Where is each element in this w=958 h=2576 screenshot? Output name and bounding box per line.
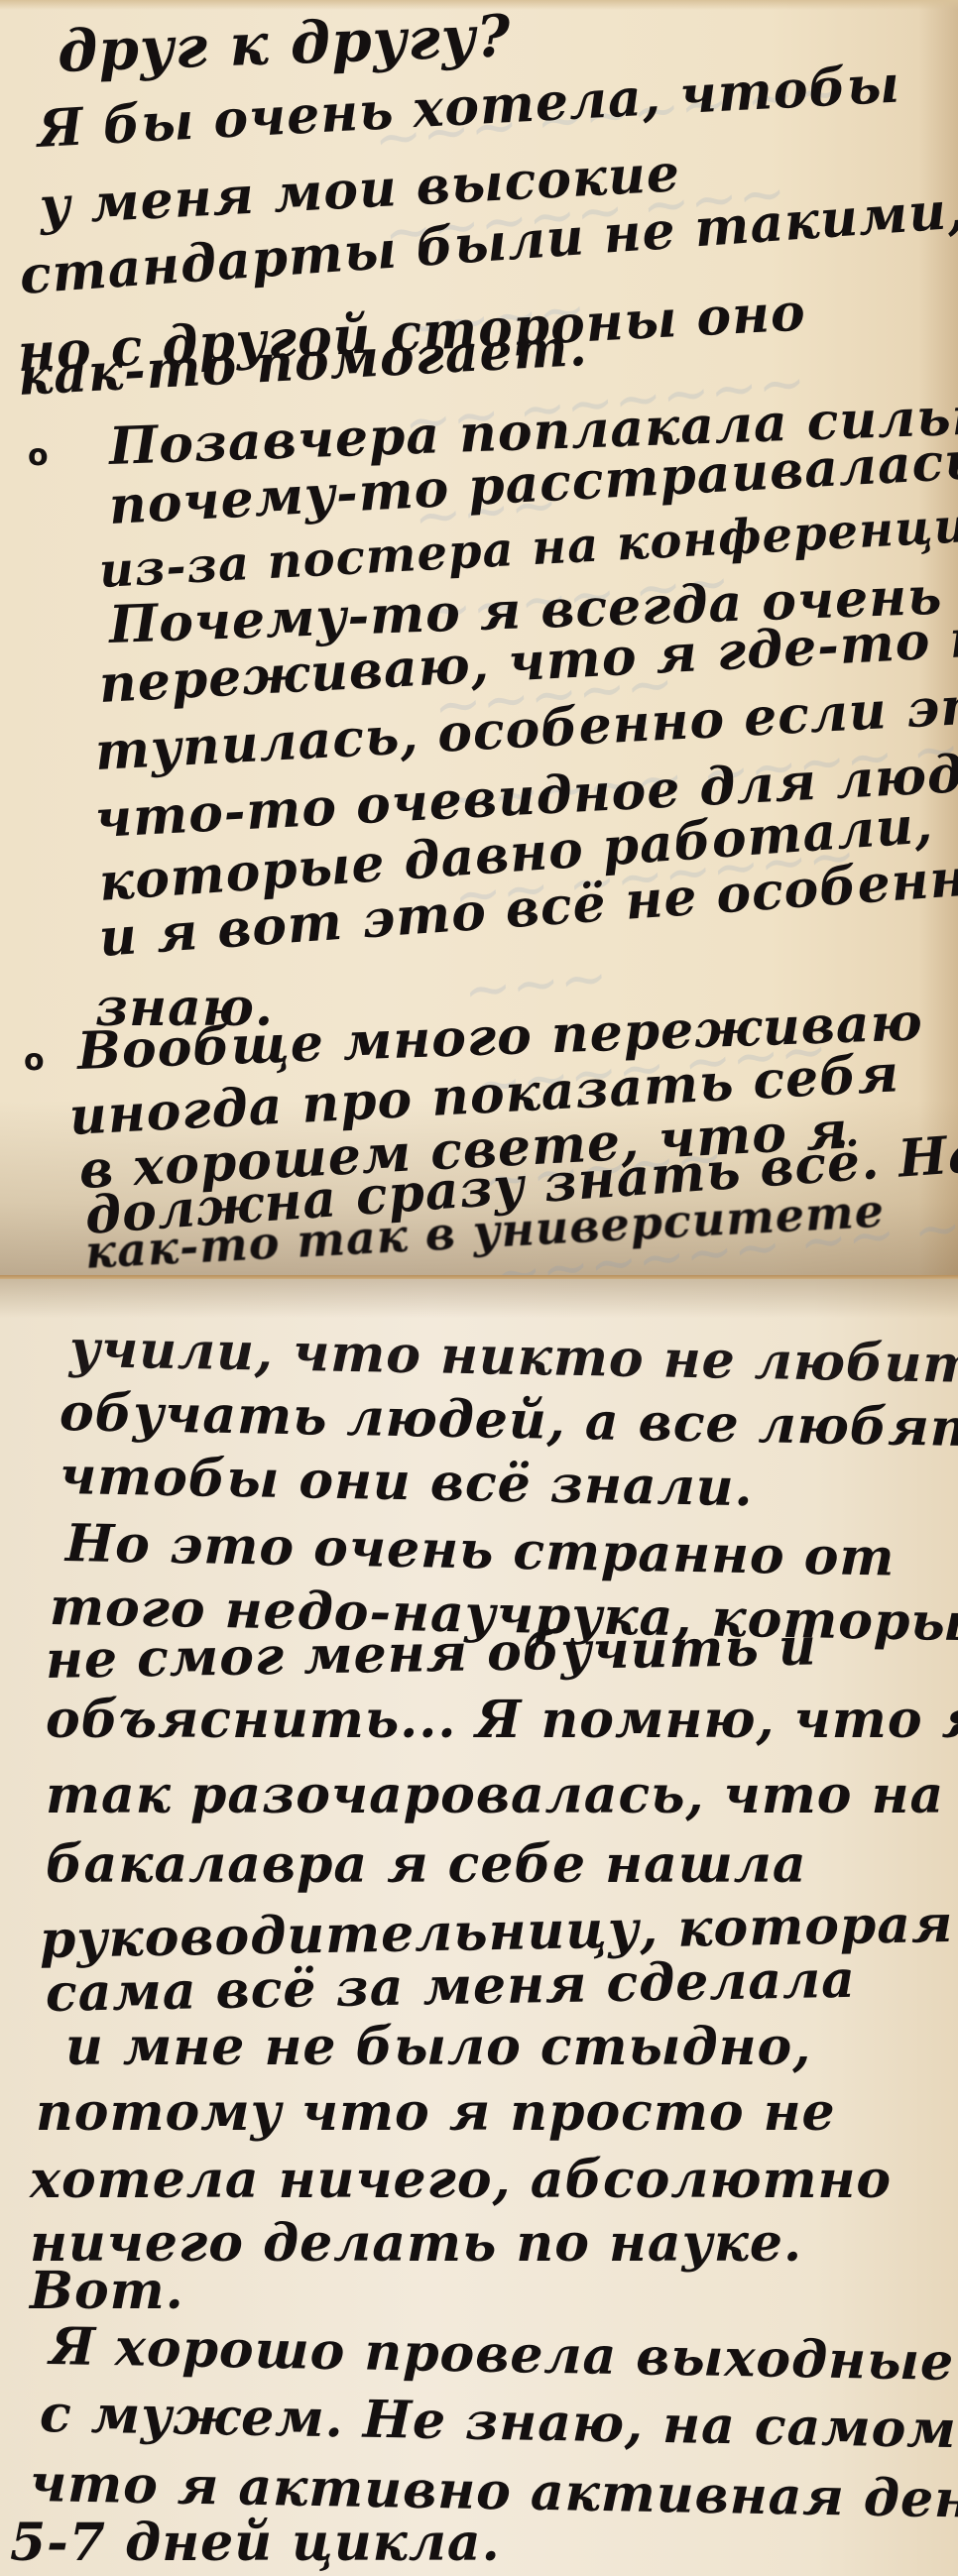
notebook-page-bottom: учили, что никто не любит обучать людей,… [0,1279,958,2576]
text-line: Я хорошо провела выходные [49,2316,954,2393]
text-line: 5-7 дней цикла. [10,2513,501,2573]
text-line: Вот. [30,2261,184,2321]
text-line: учили, что никто не любит [68,1319,958,1395]
text-line: потому что я просто не [36,2082,836,2143]
text-line: сама всё за меня сделала [45,1949,856,2024]
text-line: и мне не было стыдно, [65,2017,811,2077]
text-line: объяснить... Я помню, что я [46,1690,958,1750]
bullet-circle: o [28,438,49,473]
text-line: чтобы они всё знали. [59,1446,754,1518]
bullet-circle: o [24,1043,45,1078]
text-line: бакалавра я себе нашла [46,1834,807,1895]
text-line: не смог меня обучить и [45,1616,817,1691]
text-line: так разочаровалась, что на [46,1765,944,1825]
text-line: с мужем. Не знаю, на самом деле, [39,2384,958,2463]
notebook-page-top: ~~~ ~~~~ ~~ ~~~~~ ~~~ ~~~~ ~~ ~~~~~~ ~~~… [0,0,958,1279]
text-line: Но это очень странно от [64,1513,896,1588]
text-line: друг к другу? [57,2,513,85]
text-line: хотела ничего, абсолютно [30,2150,892,2210]
